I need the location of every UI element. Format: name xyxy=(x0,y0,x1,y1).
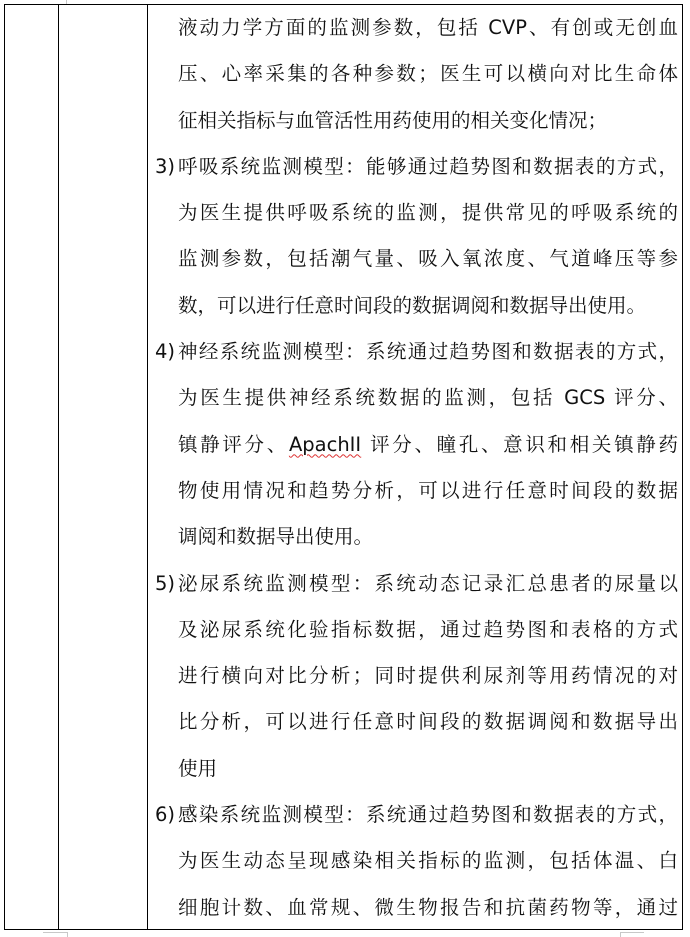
text-line: 细胞计数、血常规、微生物报告和抗菌药物等，通过 xyxy=(178,885,678,929)
list-item-urinary: 5) 泌尿系统监测模型：系统动态记录汇总患者的尿量以 及泌尿系统化验指标数据，通… xyxy=(153,561,678,792)
description-text: 液动力学方面的监测参数，包括 CVP、有创或无创血 压、心率采集的各种参数；医生… xyxy=(153,5,678,929)
text-line: 呼吸系统监测模型：能够通过趋势图和数据表的方式， xyxy=(178,144,678,190)
table-cell-category xyxy=(59,5,148,929)
page-corner-mark-bottom-left xyxy=(43,932,68,937)
text-line: 征相关指标与血管活性用药使用的相关变化情况； xyxy=(178,98,678,144)
text-line: 感染系统监测模型：系统通过趋势图和数据表的方式， xyxy=(178,792,678,838)
spellcheck-flagged-word[interactable]: ApachII xyxy=(289,433,361,456)
text-line: 使用 xyxy=(178,746,678,792)
list-number: 6) xyxy=(155,792,175,838)
text-line: 神经系统监测模型：系统通过趋势图和数据表的方式， xyxy=(178,329,678,375)
document-table: 液动力学方面的监测参数，包括 CVP、有创或无创血 压、心率采集的各种参数；医生… xyxy=(4,4,683,930)
text-line: 进行横向对比分析；同时提供利尿剂等用药情况的对 xyxy=(178,653,678,699)
text-segment: 镇静评分、 xyxy=(178,433,289,456)
list-number: 3) xyxy=(155,144,175,190)
list-item-neurological: 4) 神经系统监测模型：系统通过趋势图和数据表的方式， 为医生提供神经系统数据的… xyxy=(153,329,678,560)
table-cell-description[interactable]: 液动力学方面的监测参数，包括 CVP、有创或无创血 压、心率采集的各种参数；医生… xyxy=(148,5,682,929)
text-line: 调阅和数据导出使用。 xyxy=(178,514,678,560)
table-cell-index xyxy=(5,5,59,929)
list-number: 4) xyxy=(155,329,175,375)
text-line: 为医生提供神经系统数据的监测，包括 GCS 评分、 xyxy=(178,375,678,421)
text-line: 比分析，可以进行任意时间段的数据调阅和数据导出 xyxy=(178,699,678,745)
continuation-paragraph: 液动力学方面的监测参数，包括 CVP、有创或无创血 压、心率采集的各种参数；医生… xyxy=(153,5,678,144)
list-number: 5) xyxy=(155,561,175,607)
text-line: 数，可以进行任意时间段的数据调阅和数据导出使用。 xyxy=(178,283,678,329)
text-line: 压、心率采集的各种参数；医生可以横向对比生命体 xyxy=(178,51,678,97)
text-line: 泌尿系统监测模型：系统动态记录汇总患者的尿量以 xyxy=(178,561,678,607)
text-line: 为医生提供呼吸系统的监测，提供常见的呼吸系统的 xyxy=(178,190,678,236)
text-segment: 评分、瞳孔、意识和相关镇静药 xyxy=(361,433,678,456)
text-line: 液动力学方面的监测参数，包括 CVP、有创或无创血 xyxy=(178,5,678,51)
text-line: 镇静评分、ApachII 评分、瞳孔、意识和相关镇静药 xyxy=(178,422,678,468)
text-line: 物使用情况和趋势分析，可以进行任意时间段的数据 xyxy=(178,468,678,514)
list-item-infection: 6) 感染系统监测模型：系统通过趋势图和数据表的方式， 为医生动态呈现感染相关指… xyxy=(153,792,678,929)
text-line: 监测参数，包括潮气量、吸入氧浓度、气道峰压等参 xyxy=(178,236,678,282)
text-line: 及泌尿系统化验指标数据，通过趋势图和表格的方式 xyxy=(178,607,678,653)
list-item-respiratory: 3) 呼吸系统监测模型：能够通过趋势图和数据表的方式， 为医生提供呼吸系统的监测… xyxy=(153,144,678,329)
text-line: 为医生动态呈现感染相关指标的监测，包括体温、白 xyxy=(178,838,678,884)
page-corner-mark-bottom-right xyxy=(620,932,644,937)
